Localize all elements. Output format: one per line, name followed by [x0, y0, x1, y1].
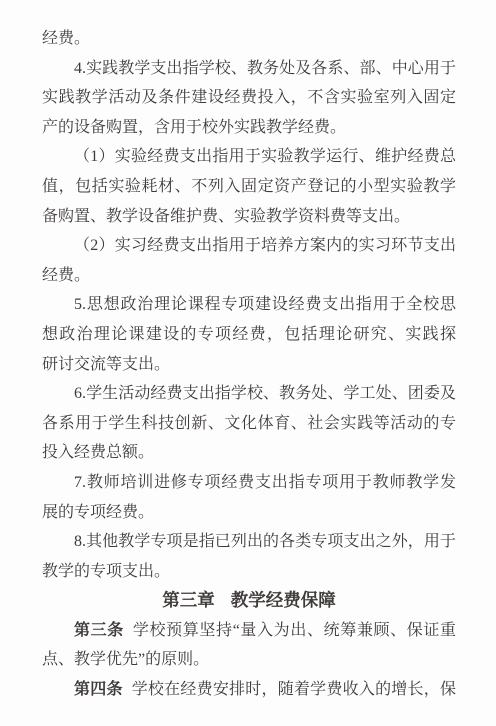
article4-label: 第四条 [74, 681, 123, 698]
item8-line-1: 8.其他教学专项是指已列出的各类专项支出之外，用于 [42, 527, 456, 557]
item7-line-1: 7.教师培训进修专项经费支出指专项用于教师教学发 [42, 468, 456, 498]
item4-line-3: 产的设备购置，含用于校外实践教学经费。 [42, 113, 456, 143]
item8-line-2: 教学的专项支出。 [42, 557, 456, 587]
article3-label: 第三条 [74, 622, 124, 639]
item4-line-2: 实践教学活动及条件建设经费投入，不含实验室列入固定资 [42, 83, 456, 113]
subitem2-line-2: 经费。 [42, 261, 456, 291]
chapter-heading: 第三章教学经费保障 [42, 586, 456, 616]
item7-line-2: 展的专项经费。 [42, 498, 456, 528]
item6-line-1: 6.学生活动经费支出指学校、教务处、学工处、团委及 [42, 379, 456, 409]
article3-line-1: 第三条学校预算坚持“量入为出、统筹兼顾、保证重 [42, 616, 456, 646]
chapter-title: 教学经费保障 [231, 590, 336, 610]
article4-text: 学校在经费安排时，随着学费收入的增长，保 [132, 681, 456, 698]
paragraph-tail-line: 经费。 [42, 24, 456, 54]
subitem1-line-3: 备购置、教学设备维护费、实验教学资料费等支出。 [42, 202, 456, 232]
item5-line-1: 5.思想政治理论课程专项建设经费支出指用于全校思 [42, 290, 456, 320]
article3-line-2: 点、教学优先”的原则。 [42, 645, 456, 675]
article4-line-1: 第四条学校在经费安排时，随着学费收入的增长，保 [42, 675, 456, 705]
item5-line-3: 研讨交流等支出。 [42, 350, 456, 380]
item6-line-2: 各系用于学生科技创新、文化体育、社会实践等活动的专项 [42, 409, 456, 439]
item4-line-1: 4.实践教学支出指学校、教务处及各系、部、中心用于 [42, 54, 456, 84]
item6-line-3: 投入经费总额。 [42, 438, 456, 468]
subitem1-line-1: （1）实验经费支出指用于实验教学运行、维护经费总 [42, 142, 456, 172]
document-page: 经费。 4.实践教学支出指学校、教务处及各系、部、中心用于 实践教学活动及条件建… [0, 0, 496, 726]
item5-line-2: 想政治理论课建设的专项经费，包括理论研究、实践探索、 [42, 320, 456, 350]
chapter-number: 第三章 [162, 590, 215, 610]
subitem2-line-1: （2）实习经费支出指用于培养方案内的实习环节支出 [42, 231, 456, 261]
subitem1-line-2: 值，包括实验耗材、不列入固定资产登记的小型实验教学设 [42, 172, 456, 202]
article3-text: 学校预算坚持“量入为出、统筹兼顾、保证重 [133, 622, 456, 639]
